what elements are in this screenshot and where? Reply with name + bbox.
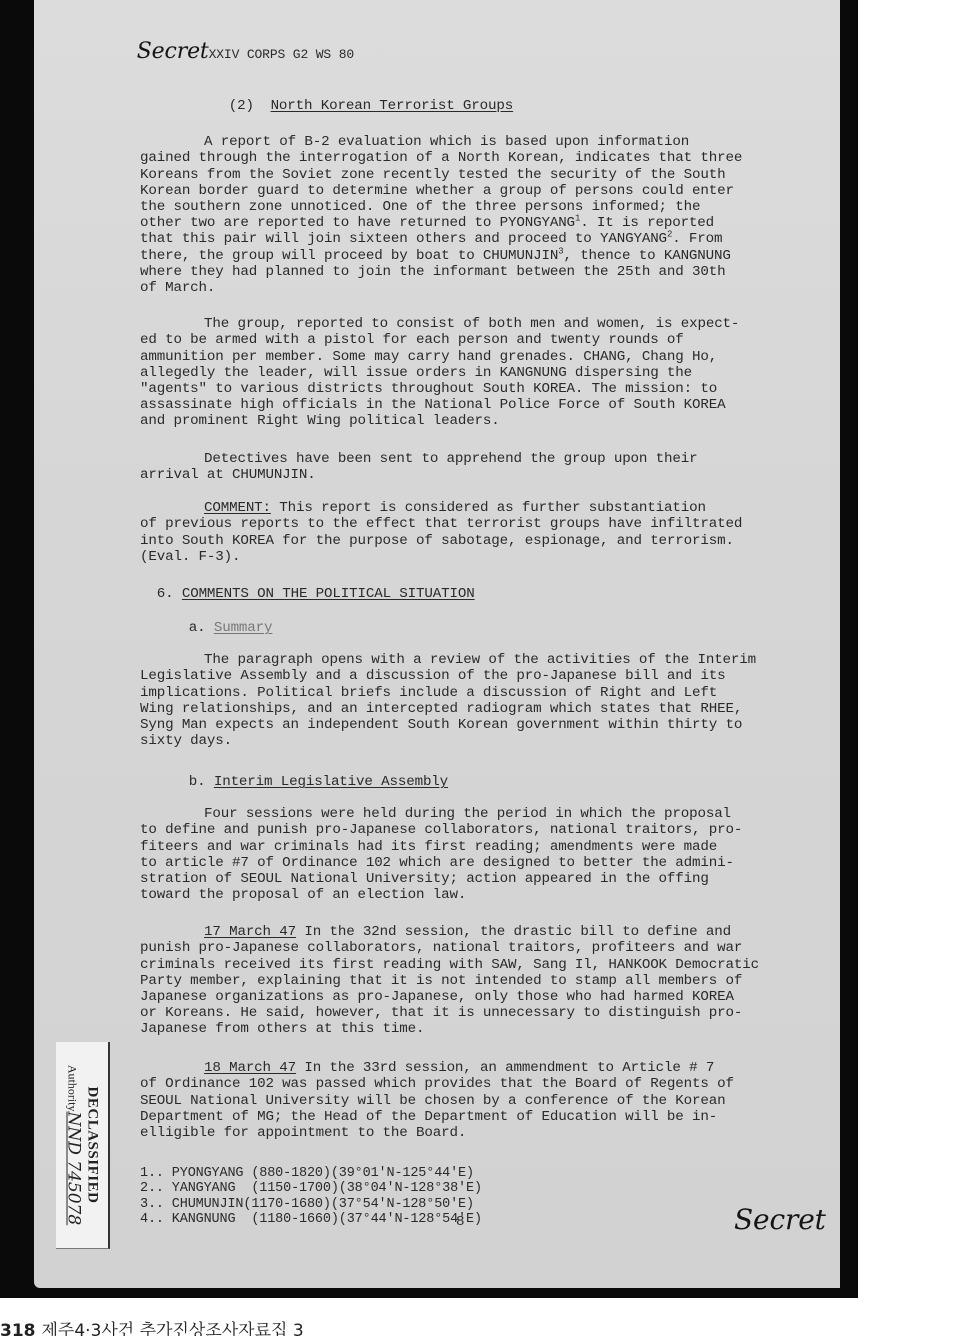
text-line: the southern zone unnoticed. One of the …: [140, 199, 780, 215]
comment-label: COMMENT:: [204, 500, 271, 516]
entry-date: 18 March 47: [204, 1060, 296, 1076]
stamp-authority-label: Authority: [66, 1065, 80, 1112]
footnote-4: 4.. KANGNUNG (1180-1660)(37°44'N-128°54'…: [140, 1212, 482, 1228]
text-line: Koreans from the Soviet zone recently te…: [140, 167, 780, 183]
subsection-title: Summary: [214, 620, 273, 636]
text-line: or Koreans. He said, however, that it is…: [140, 1005, 780, 1021]
document-reference: XXIV CORPS G2 WS 80: [209, 47, 354, 62]
text-line: allegedly the leader, will issue orders …: [140, 365, 780, 381]
text-line: Department of MG; the Head of the Depart…: [140, 1109, 780, 1125]
paragraph-group-details: The group, reported to consist of both m…: [140, 300, 780, 446]
text-line: gained through the interrogation of a No…: [140, 150, 780, 166]
text-line: punish pro-Japanese collaborators, natio…: [140, 940, 780, 956]
text-line: Party member, explaining that it is not …: [140, 973, 780, 989]
text-line: sixty days.: [140, 733, 780, 749]
text-line: Japanese organizations as pro-Japanese, …: [140, 989, 780, 1005]
subsection-a-heading: a. Summary: [172, 604, 272, 636]
text-line: toward the proposal of an election law.: [140, 887, 780, 903]
stamp-title: DECLASSIFIED: [84, 1065, 101, 1225]
text-line: stration of SEOUL National University; a…: [140, 871, 780, 887]
handwritten-secret-signature: Secret: [734, 1204, 826, 1236]
subsection-letter: a.: [189, 620, 206, 636]
text-line: Four sessions were held during the perio…: [204, 806, 731, 822]
stamp-authority-code: NND 745078: [64, 1111, 84, 1225]
text-fragment: . From: [672, 231, 722, 247]
text-line: criminals received its first reading wit…: [140, 957, 780, 973]
text-line: In the 33rd session, an ammendment to Ar…: [296, 1060, 714, 1076]
page-number: 8: [456, 1214, 464, 1230]
text-line: to article #7 of Ordinance 102 which are…: [140, 855, 780, 871]
text-line: Wing relationships, and an intercepted r…: [140, 701, 780, 717]
text-line: ammunition per member. Some may carry ha…: [140, 349, 780, 365]
text-line: This report is considered as further sub…: [271, 500, 706, 516]
text-line: Legislative Assembly and a discussion of…: [140, 668, 780, 684]
book-page-number: 318: [0, 1321, 36, 1336]
section-title: North Korean Terrorist Groups: [271, 98, 514, 114]
handwritten-secret-mark: Secret: [137, 39, 209, 64]
paragraph-summary: The paragraph opens with a review of the…: [140, 636, 780, 766]
text-line: Korean border guard to determine whether…: [140, 183, 780, 199]
section-heading: (2) North Korean Terrorist Groups: [212, 82, 513, 114]
text-line: "agents" to various districts throughout…: [140, 381, 780, 397]
section-title: COMMENTS ON THE POLITICAL SITUATION: [182, 586, 475, 602]
paragraph-report: A report of B-2 evaluation which is base…: [140, 118, 780, 312]
section-number: 6.: [157, 586, 174, 602]
declassified-stamp: DECLASSIFIED AuthorityNND 745078: [56, 1042, 110, 1249]
subsection-title: Interim Legislative Assembly: [214, 774, 448, 790]
text-line: that this pair will join sixteen others …: [140, 231, 667, 247]
text-line: assassinate high officials in the Nation…: [140, 397, 780, 413]
entry-17-march-47: 17 March 47 In the 32nd session, the dra…: [140, 908, 780, 1054]
book-footer: 318제주4·3사건 추가진상조사자료집 3: [0, 1316, 304, 1336]
text-line: In the 32nd session, the drastic bill to…: [296, 924, 731, 940]
document-header: SecretXXIV CORPS G2 WS 80: [120, 28, 354, 63]
subsection-letter: b.: [189, 774, 206, 790]
text-line: there, the group will proceed by boat to…: [140, 248, 558, 264]
text-line: Syng Man expects an independent South Ko…: [140, 717, 780, 733]
text-line: Japanese from others at this time.: [140, 1021, 780, 1037]
text-line: and prominent Right Wing political leade…: [140, 413, 780, 429]
paragraph-sessions: Four sessions were held during the perio…: [140, 790, 780, 920]
text-line: SEOUL National University will be chosen…: [140, 1093, 780, 1109]
footnote-2: 2.. YANGYANG (1150-1700)(38°04'N-128°38'…: [140, 1181, 482, 1197]
text-line: into South KOREA for the purpose of sabo…: [140, 533, 780, 549]
paragraph-comment: COMMENT: This report is considered as fu…: [140, 484, 780, 581]
footnotes: 1.. PYONGYANG (880-1820)(39°01'N-125°44'…: [140, 1150, 482, 1243]
text-line: implications. Political briefs include a…: [140, 685, 780, 701]
text-line: Detectives have been sent to apprehend t…: [204, 451, 697, 467]
text-line: where they had planned to join the infor…: [140, 264, 780, 280]
text-line: The paragraph opens with a review of the…: [204, 652, 756, 668]
text-line: (Eval. F-3).: [140, 549, 780, 565]
text-line: arrival at CHUMUNJIN.: [140, 467, 780, 483]
text-line: The group, reported to consist of both m…: [204, 316, 739, 332]
section-number: (2): [229, 98, 254, 114]
book-title: 제주4·3사건 추가진상조사자료집 3: [42, 1321, 304, 1336]
text-line: to define and punish pro-Japanese collab…: [140, 822, 780, 838]
text-line: fiteers and war criminals had its first …: [140, 839, 780, 855]
text-line: ed to be armed with a pistol for each pe…: [140, 332, 780, 348]
entry-18-march-47: 18 March 47 In the 33rd session, an amme…: [140, 1044, 780, 1157]
text-line: of Ordinance 102 was passed which provid…: [140, 1076, 780, 1092]
section-6-heading: 6. COMMENTS ON THE POLITICAL SITUATION: [140, 570, 475, 602]
text-fragment: . It is reported: [580, 215, 714, 231]
text-line: of March.: [140, 280, 780, 296]
subsection-b-heading: b. Interim Legislative Assembly: [172, 758, 448, 790]
footnote-1: 1.. PYONGYANG (880-1820)(39°01'N-125°44'…: [140, 1166, 482, 1182]
text-line: A report of B-2 evaluation which is base…: [204, 134, 689, 150]
footnote-3: 3.. CHUMUNJIN(1170-1680)(37°54'N-128°50'…: [140, 1197, 482, 1213]
text-line: other two are reported to have returned …: [140, 215, 575, 231]
text-fragment: , thence to KANGNUNG: [563, 248, 730, 264]
text-line: elligible for appointment to the Board.: [140, 1125, 780, 1141]
entry-date: 17 March 47: [204, 924, 296, 940]
text-line: of previous reports to the effect that t…: [140, 516, 780, 532]
